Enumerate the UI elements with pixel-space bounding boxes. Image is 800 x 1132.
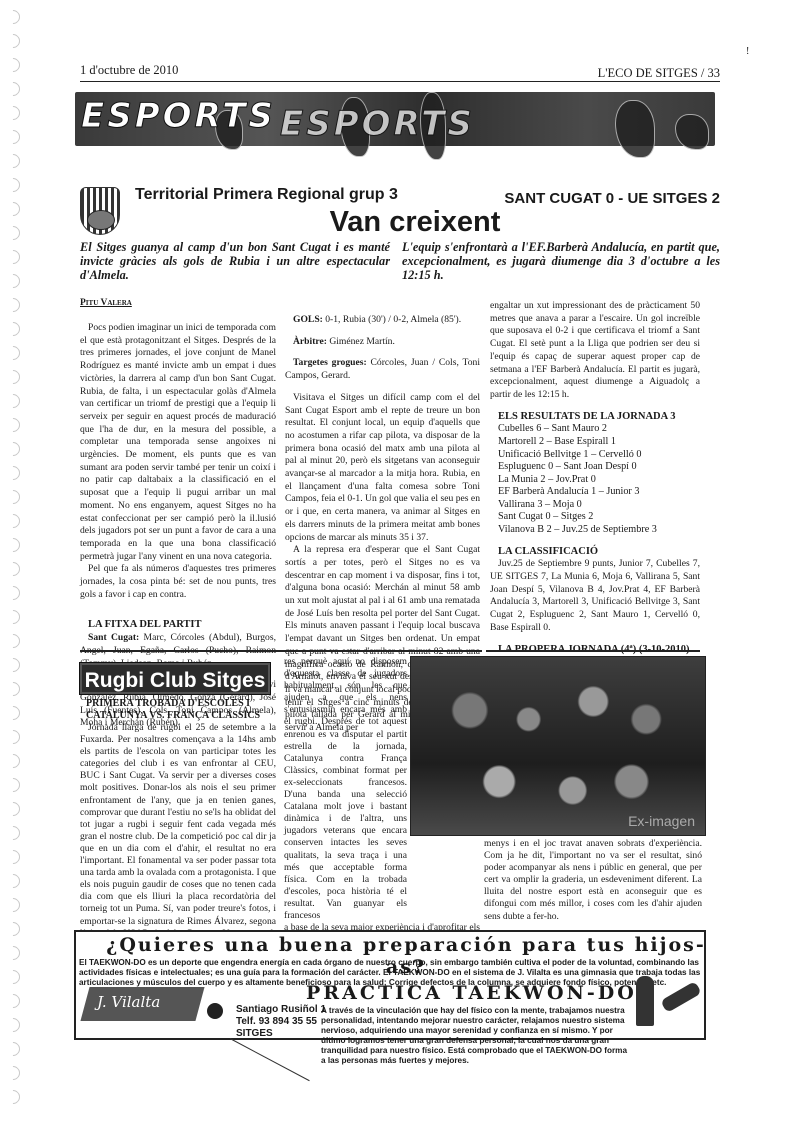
result-row: Unificació Bellvitge 1 – Cervelló 0 [498, 449, 700, 462]
result-row: Espluguenc 0 – Sant Joan Despí 0 [498, 461, 700, 474]
match-sheet-title: LA FITXA DEL PARTIT [88, 619, 276, 632]
martial-artist-icon [636, 976, 654, 1026]
results-list: Cubelles 6 – Sant Mauro 2 Martorell 2 – … [498, 423, 700, 536]
paragraph: engaltar un xut impressionant des de prà… [490, 300, 700, 402]
j-vilalta-logo: J. Vilalta [79, 987, 219, 1027]
article-headline: Van creixent [0, 206, 800, 239]
section-divider [486, 650, 700, 652]
result-row: Martorell 2 – Base Espirall 1 [498, 436, 700, 449]
margin-mark: ! [746, 46, 749, 57]
binder-holes [6, 10, 28, 1120]
taekwondo-advertisement: ¿Quieres una buena preparación para tus … [74, 930, 706, 1040]
issue-date: 1 d'octubre de 2010 [80, 63, 178, 78]
result-row: Vallirana 3 – Moja 0 [498, 499, 700, 512]
result-row: Vilanova B 2 – Juv.25 de Septiembre 3 [498, 524, 700, 537]
footballer-icon [615, 100, 655, 158]
paragraph: Visitava el Sitges un difícil camp com e… [285, 392, 480, 544]
yellow-cards: Targetes grogues: Córcoles, Juan / Cols,… [285, 357, 480, 382]
ad-contact: Santiago Rusiñol 1 Telf. 93 894 35 55 SI… [236, 1004, 326, 1040]
goals: GOLS: 0-1, Rubia (30') / 0-2, Almela (85… [285, 314, 480, 327]
banner-title: ESPORTS [81, 96, 276, 136]
rugby-column-3: menys i en el joc travat anaven sobrats … [484, 838, 702, 923]
rugby-section-title: Rugbi Club Sitges [80, 663, 270, 694]
result-row: Sant Cugat 0 – Sitges 2 [498, 511, 700, 524]
article-column-3: engaltar un xut impressionant des de prà… [490, 300, 700, 694]
results-title: ELS RESULTATS DE LA JORNADA 3 [498, 411, 700, 424]
paragraph: Pocs podien imaginar un inici de tempora… [80, 322, 276, 563]
paragraph: Pel que fa als números d'aquestes tres p… [80, 563, 276, 601]
pen-mark [230, 1038, 310, 1081]
rugby-team-photo: Ex-imagen [410, 656, 706, 836]
lede-left: El Sitges guanya al camp d'un bon Sant C… [80, 240, 390, 282]
page-header: 1 d'octubre de 2010 L'ECO DE SITGES / 33 [80, 60, 720, 82]
scoreline: SANT CUGAT 0 - UE SITGES 2 [504, 190, 720, 207]
banner-title-echo: ESPORTS [280, 104, 475, 144]
ad-body: A través de la vinculación que hay del f… [321, 1006, 631, 1066]
referee: Àrbitre: Giménez Martín. [285, 336, 480, 349]
section-divider [80, 650, 482, 652]
rugby-subtitle: PRIMERA TROBADA D'ESCOLES I CATALUNYA VS… [86, 698, 260, 721]
photo-watermark: Ex-imagen [628, 813, 695, 829]
result-row: La Munia 2 – Jov.Prat 0 [498, 474, 700, 487]
league-title: Territorial Primera Regional grup 3 [135, 186, 398, 204]
standings-title: LA CLASSIFICACIÓ [498, 546, 700, 559]
ad-headline-2: PRACTICA TAEKWON-DO [306, 982, 637, 1004]
newspaper-page: L'ECO DE SITGES / 33 [598, 66, 720, 81]
byline: Pitu Valera [80, 298, 132, 308]
result-row: EF Barberà Andalucía 1 – Junior 3 [498, 486, 700, 499]
standings: Juv.25 de Septiembre 9 punts, Junior 7, … [490, 558, 700, 634]
result-row: Cubelles 6 – Sant Mauro 2 [498, 423, 700, 436]
lede-right: L'equip s'enfrontarà a l'EF.Barberà Anda… [402, 240, 720, 282]
section-banner: ESPORTS ESPORTS [75, 92, 715, 162]
